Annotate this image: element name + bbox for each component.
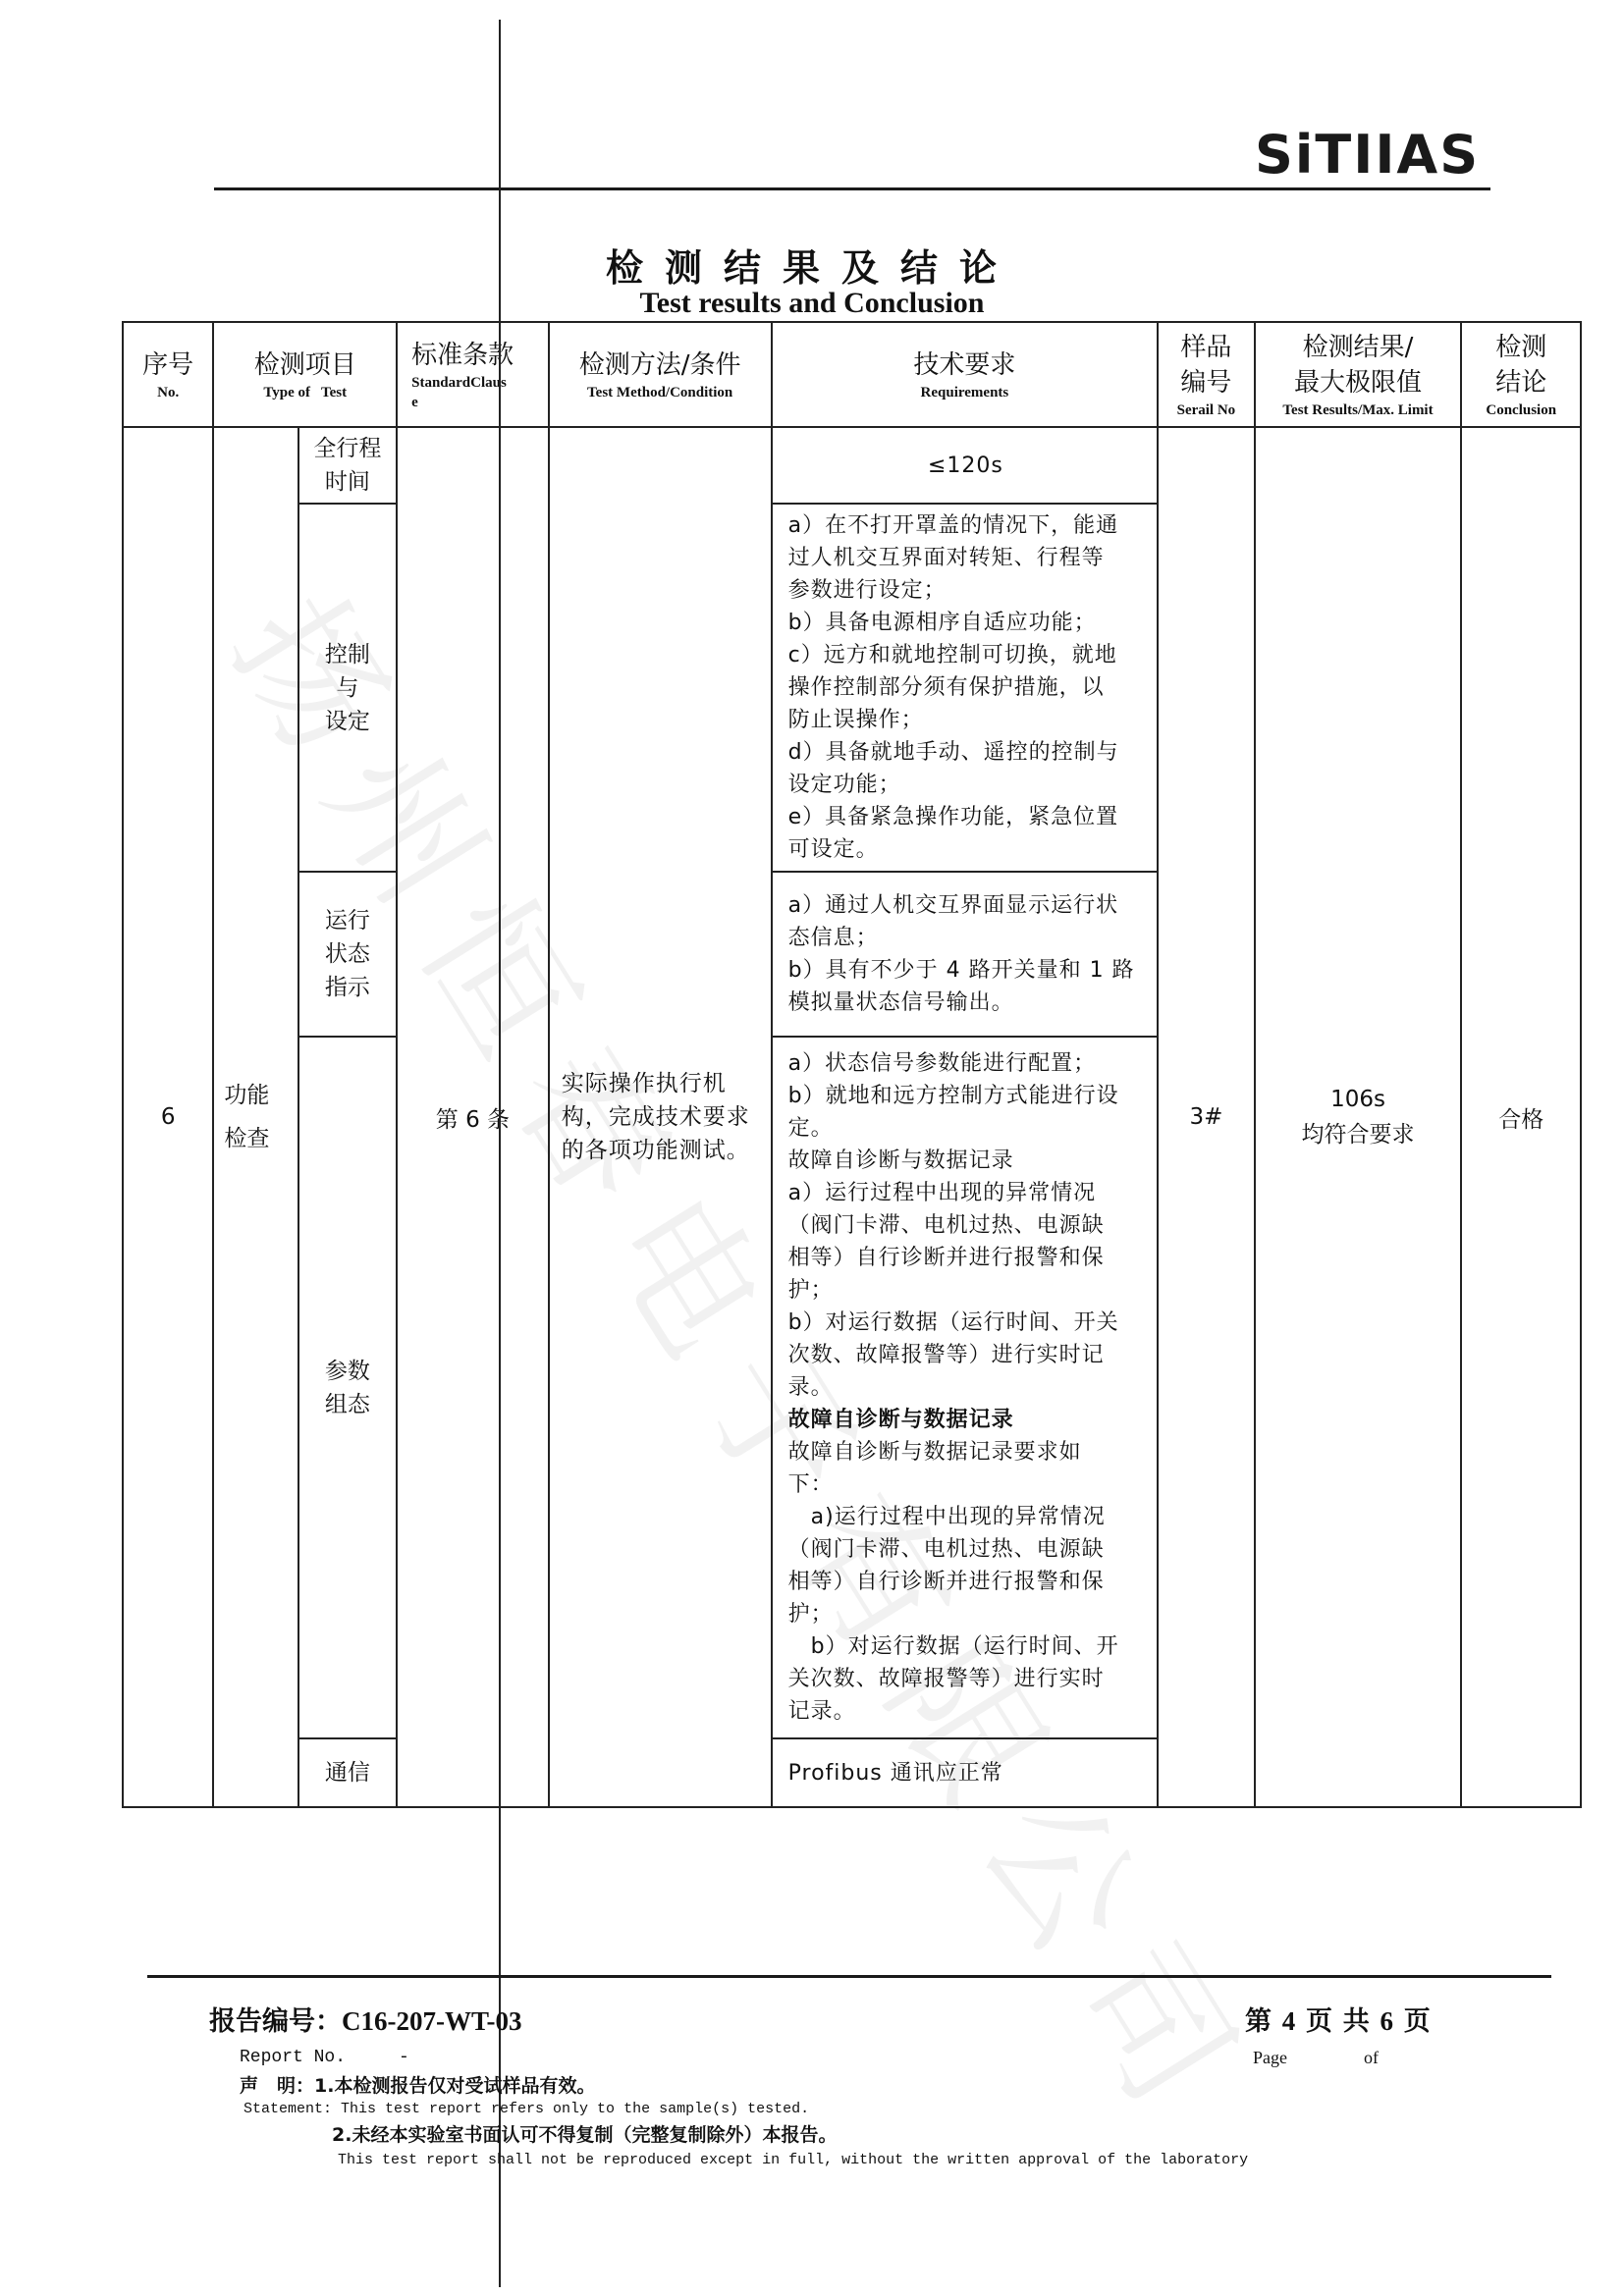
requirement-line: 参数进行设定； [788, 574, 1144, 607]
col-no-en: No. [124, 383, 212, 402]
col-clause-en-1: StandardClaus [411, 373, 548, 393]
requirement-line: b）对运行数据（运行时间、开 [788, 1630, 1144, 1663]
requirement-line: a）通过人机交互界面显示运行状 [788, 889, 1144, 922]
requirement-line: c）远方和就地控制可切换，就地 [788, 639, 1144, 671]
col-serial-en: Serail No [1159, 400, 1253, 420]
col-requirements-en: Requirements [773, 383, 1158, 402]
sub-item-requirement: ≤120s [772, 427, 1159, 504]
col-conclusion-cn-1: 检测 [1462, 330, 1580, 365]
requirement-line: Profibus 通讯应正常 [788, 1757, 1144, 1789]
row-no: 6 [123, 427, 213, 1807]
row-conclusion: 合格 [1461, 427, 1581, 1807]
col-clause-header: 标准条款 StandardClaus e [397, 322, 549, 427]
sub-item-name-line: 与 [299, 671, 396, 705]
col-type-en: Type of Test [214, 383, 396, 402]
requirement-line: （阀门卡滞、电机过热、电源缺 [788, 1209, 1144, 1242]
report-number-label-en: Report No. - [240, 2048, 409, 2067]
row-type: 功能 检查 [213, 427, 298, 1807]
statement-2-en: This test report shall not be reproduced… [338, 2152, 1248, 2168]
row-result: 106s 均符合要求 [1255, 427, 1462, 1807]
header-rule [214, 187, 1490, 190]
col-clause-cn: 标准条款 [411, 338, 548, 373]
row-type-line: 功能 [224, 1079, 297, 1112]
page-label: Page [1253, 2048, 1287, 2068]
sub-item-name-line: 通信 [299, 1756, 396, 1789]
requirement-line: 相等）自行诊断并进行报警和保 [788, 1242, 1144, 1274]
requirement-line: 下： [788, 1468, 1144, 1501]
sub-item-name-line: 控制 [299, 638, 396, 671]
row-serial: 3# [1158, 427, 1254, 1807]
report-number-label: 报告编号： [209, 2006, 342, 2036]
report-number: 报告编号：C16-207-WT-03 [209, 2000, 522, 2038]
requirement-line: a）状态信号参数能进行配置； [788, 1047, 1144, 1080]
sub-item-name: 全行程 时间 [298, 427, 397, 504]
sub-item-name-line: 全行程 [299, 432, 396, 465]
footer-rule [147, 1975, 1551, 1978]
row-result-value: 106s [1256, 1082, 1461, 1117]
col-conclusion-en: Conclusion [1462, 400, 1580, 420]
requirement-line: b）具备电源相序自适应功能； [788, 607, 1144, 639]
requirement-line: 可设定。 [788, 833, 1144, 866]
statement-1-en: Statement: This test report refers only … [244, 2101, 809, 2117]
requirement-line: 操作控制部分须有保护措施，以 [788, 671, 1144, 704]
col-result-header: 检测结果/ 最大极限值 Test Results/Max. Limit [1255, 322, 1462, 427]
requirement-line: d）具备就地手动、遥控的控制与 [788, 736, 1144, 769]
sub-item-name: 参数 组态 [298, 1037, 397, 1738]
col-serial-cn-1: 样品 [1159, 330, 1253, 365]
requirement-line: e）具备紧急操作功能，紧急位置 [788, 801, 1144, 833]
page-indicator: 第 4 页 共 6 页 [1245, 2000, 1433, 2038]
requirement-line: 相等）自行诊断并进行报警和保 [788, 1566, 1144, 1598]
sub-item-requirement: Profibus 通讯应正常 [772, 1738, 1159, 1807]
requirement-line: a）在不打开罩盖的情况下，能通 [788, 509, 1144, 542]
sub-item-requirement: a）通过人机交互界面显示运行状 态信息； b）具有不少于 4 路开关量和 1 路… [772, 872, 1159, 1037]
page-indicator-en: Pageof [1253, 2048, 1379, 2068]
requirement-line: b）就地和远方控制方式能进行设 [788, 1080, 1144, 1112]
requirement-line: 定。 [788, 1112, 1144, 1145]
requirement-line: 故障自诊断与数据记录 [788, 1404, 1144, 1436]
col-conclusion-header: 检测 结论 Conclusion [1461, 322, 1581, 427]
sub-item-name-line: 设定 [299, 705, 396, 738]
sub-item-name-line: 参数 [299, 1355, 396, 1388]
sub-item-name-line: 组态 [299, 1388, 396, 1421]
requirement-line: b）具有不少于 4 路开关量和 1 路 [788, 954, 1144, 987]
requirement-line: 记录。 [788, 1695, 1144, 1728]
requirement-line: 故障自诊断与数据记录要求如 [788, 1436, 1144, 1468]
page-title-cn: 检测结果及结论 [0, 238, 1624, 292]
row-method-line: 的各项功能测试。 [562, 1134, 759, 1167]
table-header-row: 序号 No. 检测项目 Type of Test 标准条款 StandardCl… [123, 322, 1581, 427]
requirement-line: 护； [788, 1274, 1144, 1307]
requirement-line: 录。 [788, 1371, 1144, 1404]
col-method-header: 检测方法/条件 Test Method/Condition [549, 322, 772, 427]
col-method-en: Test Method/Condition [550, 383, 771, 402]
statement-1-cn: 声 明：1.本检测报告仅对受试样品有效。 [240, 2071, 595, 2098]
requirement-line: 设定功能； [788, 769, 1144, 801]
row-method: 实际操作执行机 构，完成技术要求 的各项功能测试。 [549, 427, 772, 1807]
sub-item-name: 通信 [298, 1738, 397, 1807]
of-label: of [1364, 2048, 1379, 2068]
requirement-line: （阀门卡滞、电机过热、电源缺 [788, 1533, 1144, 1566]
row-method-line: 实际操作执行机 [562, 1067, 759, 1100]
col-no-header: 序号 No. [123, 322, 213, 427]
requirement-line: a）运行过程中出现的异常情况 [788, 1177, 1144, 1209]
col-clause-en-2: e [411, 393, 548, 412]
sub-item-name-line: 指示 [299, 971, 396, 1004]
scan-artifact-line [499, 20, 501, 2287]
requirement-line: b）对运行数据（运行时间、开关 [788, 1307, 1144, 1339]
requirement-line: ≤120s [788, 450, 1144, 482]
col-method-cn: 检测方法/条件 [550, 347, 771, 383]
sub-item-requirement: a）在不打开罩盖的情况下，能通 过人机交互界面对转矩、行程等 参数进行设定； b… [772, 504, 1159, 872]
requirement-line: 次数、故障报警等）进行实时记 [788, 1339, 1144, 1371]
requirement-line: 关次数、故障报警等）进行实时 [788, 1663, 1144, 1695]
col-result-cn-2: 最大极限值 [1256, 365, 1461, 400]
sub-item-name-line: 时间 [299, 465, 396, 499]
col-type-header: 检测项目 Type of Test [213, 322, 397, 427]
sub-item-name: 运行 状态 指示 [298, 872, 397, 1037]
col-requirements-header: 技术要求 Requirements [772, 322, 1159, 427]
col-result-en: Test Results/Max. Limit [1256, 400, 1461, 420]
row-method-line: 构，完成技术要求 [562, 1100, 759, 1134]
sub-item-name-line: 状态 [299, 937, 396, 971]
report-number-value: C16-207-WT-03 [342, 2006, 522, 2036]
row-result-text: 均符合要求 [1256, 1117, 1461, 1152]
requirement-line: 故障自诊断与数据记录 [788, 1145, 1144, 1177]
sitiias-logo: SiTIIAS [1255, 124, 1480, 186]
col-no-cn: 序号 [124, 347, 212, 383]
sub-item-name: 控制 与 设定 [298, 504, 397, 872]
col-serial-header: 样品 编号 Serail No [1158, 322, 1254, 427]
page-title-en: Test results and Conclusion [0, 287, 1624, 320]
sub-item-name-line: 运行 [299, 904, 396, 937]
requirement-line: a)运行过程中出现的异常情况 [788, 1501, 1144, 1533]
statement-2-cn: 2.未经本实验室书面认可不得复制（完整复制除外）本报告。 [332, 2120, 837, 2147]
sub-item-requirement: a）状态信号参数能进行配置； b）就地和远方控制方式能进行设 定。 故障自诊断与… [772, 1037, 1159, 1738]
col-conclusion-cn-2: 结论 [1462, 365, 1580, 400]
requirement-line: 模拟量状态信号输出。 [788, 987, 1144, 1019]
col-serial-cn-2: 编号 [1159, 365, 1253, 400]
row-clause: 第 6 条 [397, 427, 549, 1807]
table-row: 6 功能 检查 全行程 时间 第 6 条 实际操作执行机 构，完成技术要求 的各… [123, 427, 1581, 504]
requirement-line: 护； [788, 1598, 1144, 1630]
results-table: 序号 No. 检测项目 Type of Test 标准条款 StandardCl… [122, 321, 1582, 1808]
col-result-cn-1: 检测结果/ [1256, 330, 1461, 365]
col-requirements-cn: 技术要求 [773, 347, 1158, 383]
requirement-line: 过人机交互界面对转矩、行程等 [788, 542, 1144, 574]
requirement-line: 防止误操作； [788, 704, 1144, 736]
col-type-cn: 检测项目 [214, 347, 396, 383]
row-type-line: 检查 [224, 1122, 297, 1155]
requirement-line: 态信息； [788, 922, 1144, 954]
